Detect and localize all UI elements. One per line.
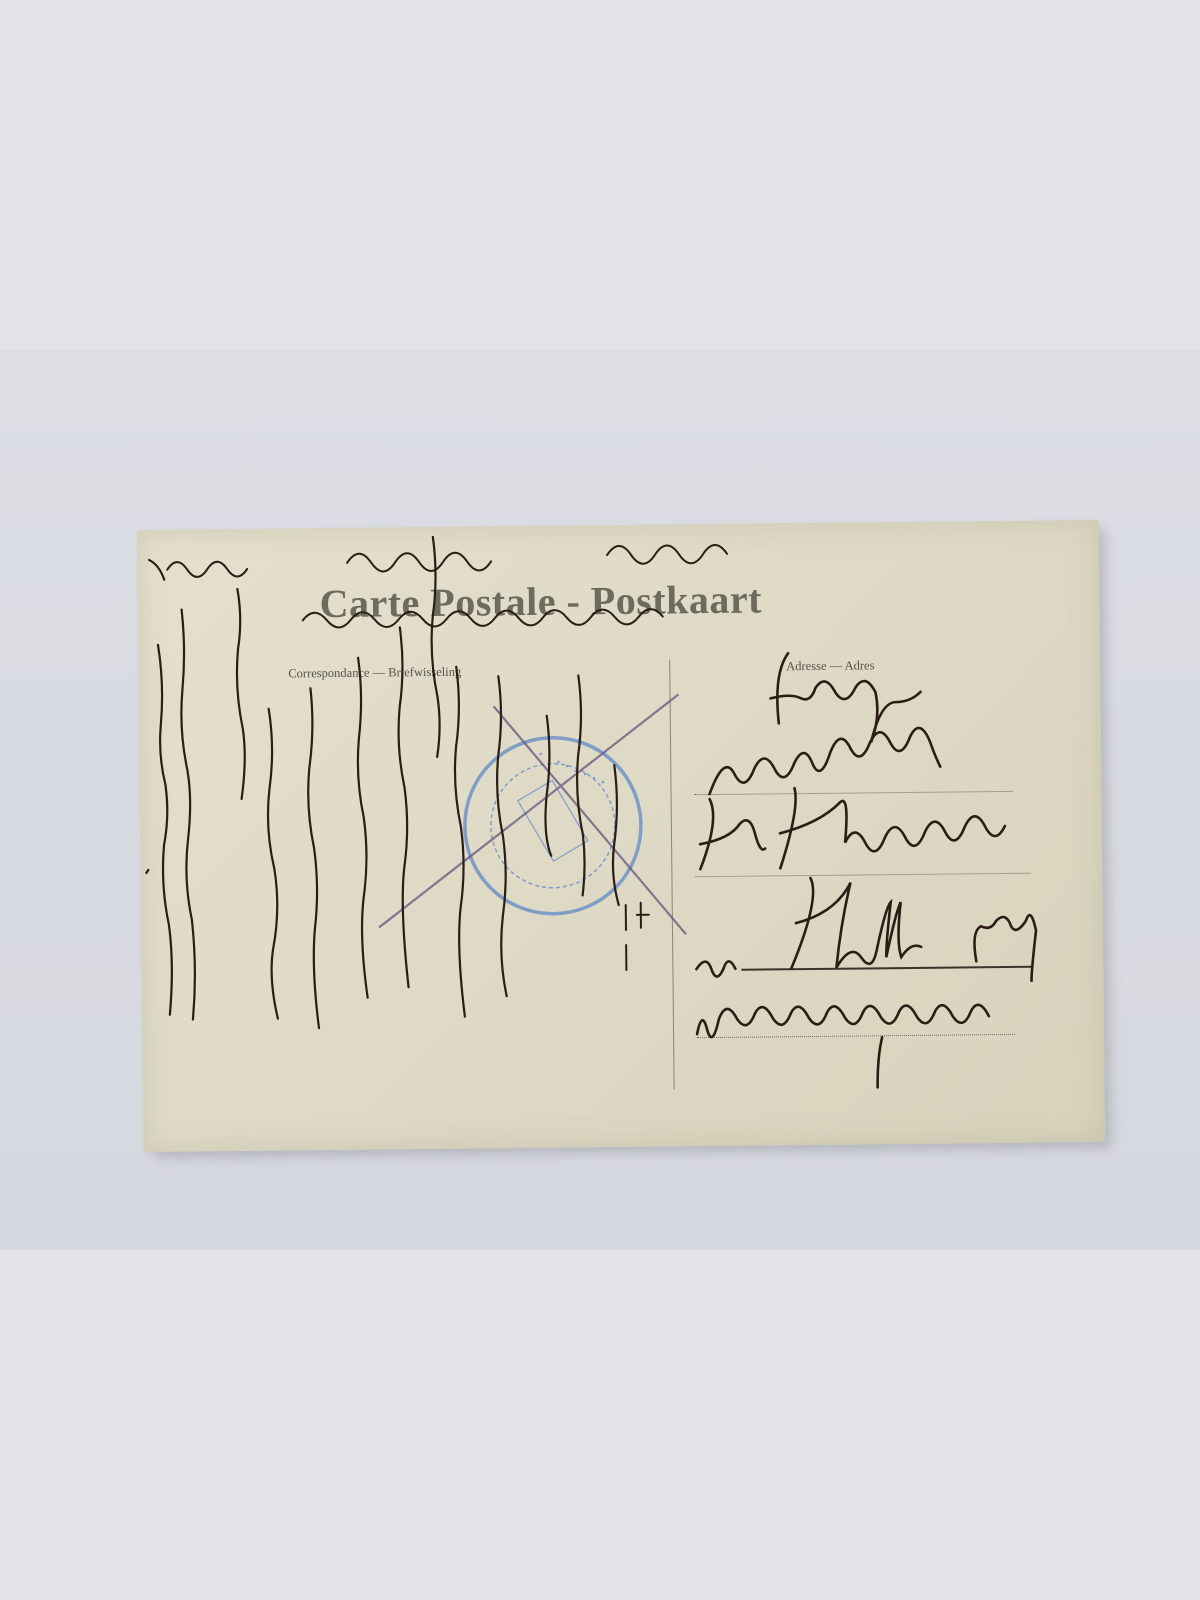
handwriting-and-stamp: · · · · - · · · bbox=[137, 520, 1105, 1152]
date-handwriting bbox=[626, 903, 650, 970]
postcard: Carte Postale - Postkaart Correspondance… bbox=[137, 520, 1105, 1152]
address-handwriting bbox=[693, 651, 1038, 1090]
top-handwriting bbox=[167, 545, 728, 629]
message-handwriting bbox=[143, 535, 620, 1030]
